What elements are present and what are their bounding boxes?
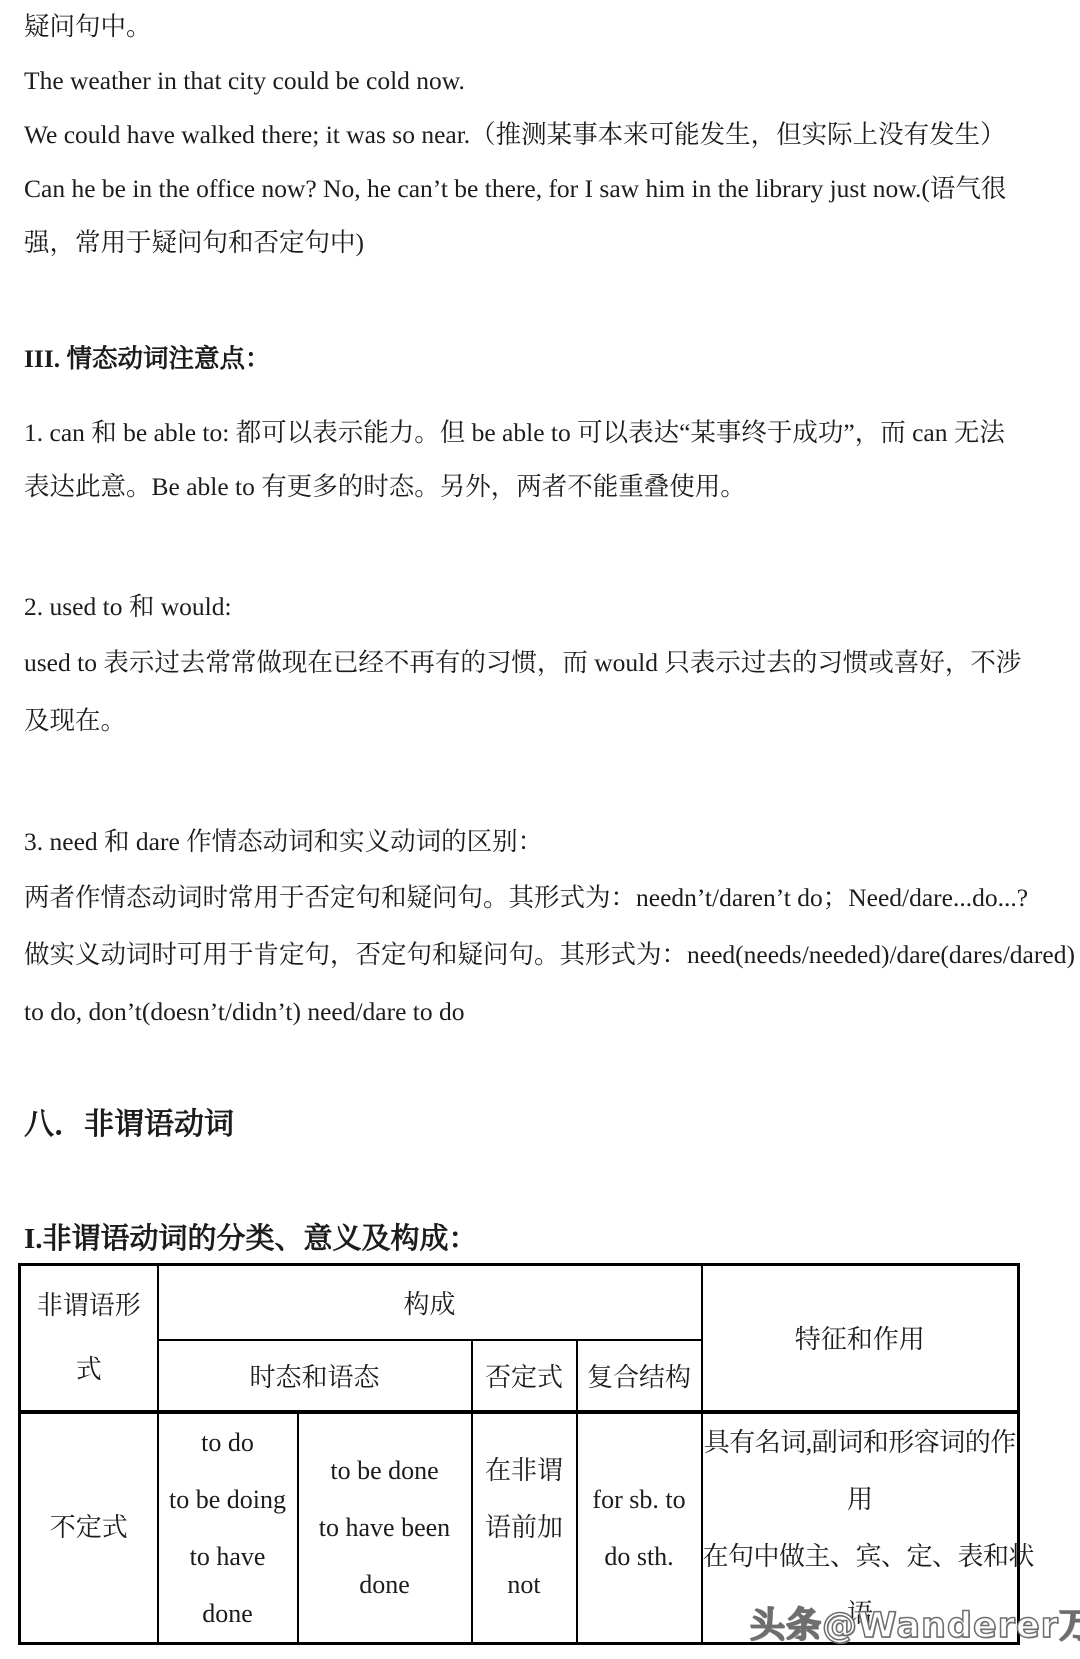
- header-cell-features: 特征和作用: [702, 1265, 1019, 1412]
- cell-compound-structure: for sb. to do sth.: [577, 1412, 702, 1644]
- note3-line3: to do, don’t(doesn’t/didn’t) need/dare t…: [24, 983, 1060, 1040]
- table-heading: I.非谓语动词的分类、意义及构成：: [24, 1215, 1060, 1263]
- example-sentence-office: Can he be in the office now? No, he can’…: [24, 162, 1060, 216]
- example-sentence-walked: We could have walked there; it was so ne…: [24, 108, 1060, 162]
- example-sentence-weather: The weather in that city could be cold n…: [24, 54, 1060, 108]
- header-cell-form: 非谓语形 式: [20, 1265, 158, 1412]
- header-cell-negative: 否定式: [472, 1340, 577, 1412]
- document-body: 疑问句中。 The weather in that city could be …: [0, 0, 1080, 1645]
- header-cell-compound: 复合结构: [577, 1340, 702, 1412]
- document-page: 疑问句中。 The weather in that city could be …: [0, 0, 1080, 1659]
- note1-line1: 1. can 和 be able to: 都可以表示能力。但 be able t…: [24, 406, 1060, 460]
- section-heading-non-finite-verbs: 八．非谓语动词: [24, 1095, 1060, 1155]
- cell-tense-voice-passive: to be done to have been done: [298, 1412, 472, 1644]
- note1-line2: 表达此意。Be able to 有更多的时态。另外，两者不能重叠使用。: [24, 460, 1060, 514]
- cell-form-infinitive: 不定式: [20, 1412, 158, 1644]
- cell-negative-form: 在非谓 语前加 not: [472, 1412, 577, 1644]
- note3-line2: 做实义动词时可用于肯定句，否定句和疑问句。其形式为：need(needs/nee…: [24, 926, 1060, 983]
- note3-heading: 3. need 和 dare 作情态动词和实义动词的区别：: [24, 815, 1060, 869]
- cell-tense-voice-active: to do to be doing to have done: [158, 1412, 298, 1644]
- example-sentence-office-cont: 强，常用于疑问句和否定句中): [24, 216, 1060, 270]
- note2-line1: used to 表示过去常常做现在已经不再有的习惯，而 would 只表示过去的…: [24, 634, 1060, 692]
- header-cell-tense-voice: 时态和语态: [158, 1340, 472, 1412]
- table-header-row-1: 非谓语形 式 构成 特征和作用: [20, 1265, 1019, 1340]
- note2-line2: 及现在。: [24, 692, 1060, 750]
- non-finite-verbs-table: 非谓语形 式 构成 特征和作用 时态和语态 否定式 复合结构 不定式 to do…: [18, 1263, 1020, 1645]
- section-heading-modal-verb-notes: III. 情态动词注意点：: [24, 332, 1060, 386]
- note2-heading: 2. used to 和 would:: [24, 580, 1060, 634]
- watermark: 头条@Wanderer万娘娘: [750, 1598, 1080, 1648]
- continuation-line: 疑问句中。: [24, 0, 1060, 54]
- note3-line1: 两者作情态动词时常用于否定句和疑问句。其形式为：needn’t/daren’t …: [24, 869, 1060, 926]
- header-cell-composition: 构成: [158, 1265, 702, 1340]
